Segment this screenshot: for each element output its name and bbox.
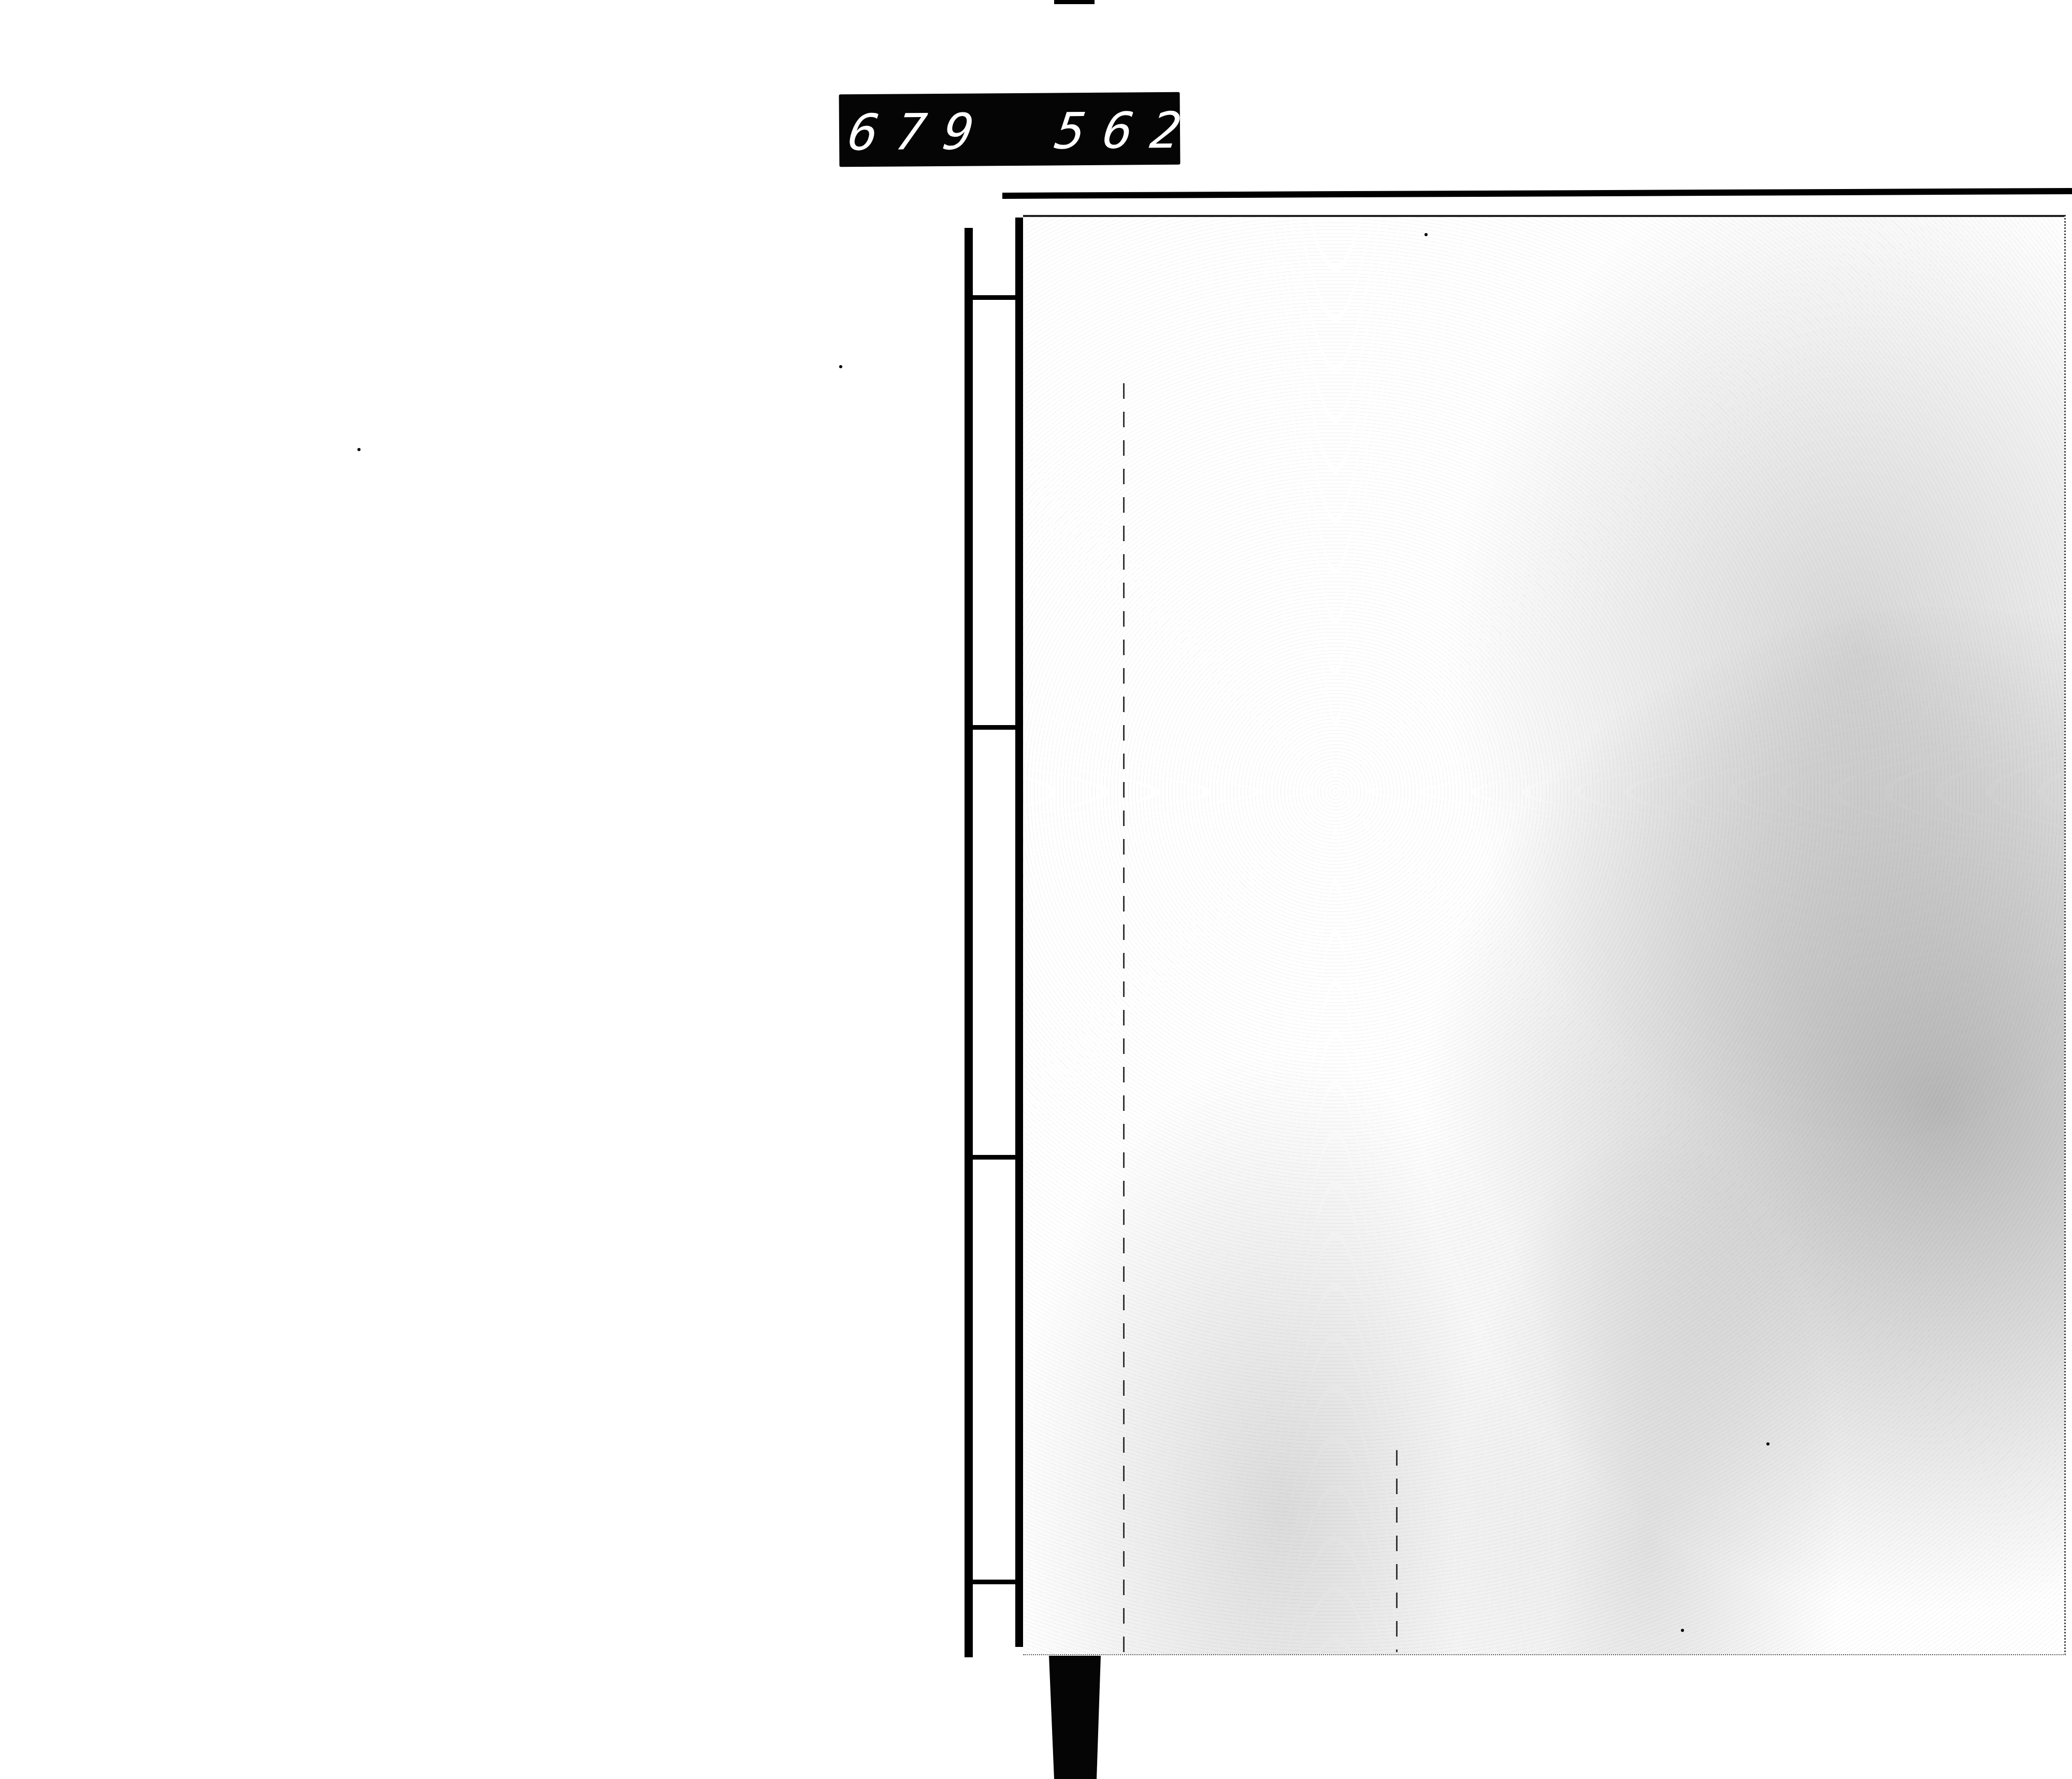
binding-stitch (969, 725, 1020, 730)
spine-thread-right (1015, 218, 1024, 1647)
dust-speck (839, 365, 842, 368)
catalog-number-right: 562. (1052, 101, 1250, 161)
spine-thread-left (965, 228, 973, 1657)
binding-stitch (969, 1155, 1020, 1160)
back-board-edge (1002, 188, 2072, 199)
catalog-number-left: 679 (845, 103, 995, 162)
dust-speck (1766, 1442, 1769, 1445)
top-edge-mark (1054, 0, 1095, 4)
bookmark-ribbon (1049, 1656, 1101, 1779)
catalog-number-label: 679 562. (839, 92, 1181, 167)
dust-speck (1681, 1629, 1684, 1632)
cover-crease-line (1123, 383, 1125, 1652)
binding-stitch (969, 295, 1020, 300)
dust-speck (1424, 233, 1428, 236)
cover-crease-line (1396, 1450, 1398, 1652)
book-front-cover (1023, 215, 2066, 1655)
dust-speck (357, 448, 361, 451)
binding-stitch (969, 1580, 1020, 1584)
